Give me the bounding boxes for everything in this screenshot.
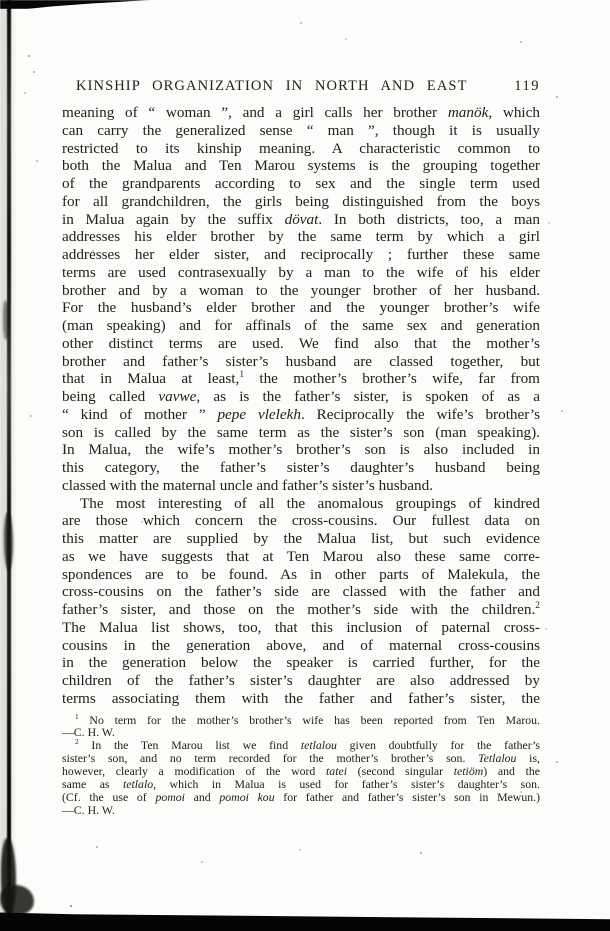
text-line: cross-cousins on the father’s side are c…	[62, 583, 540, 601]
header-title: KINSHIP ORGANIZATION IN NORTH AND EAST	[76, 78, 468, 95]
binding-edge	[7, 0, 11, 919]
text-line: for all grandchildren, the girls being d…	[62, 193, 540, 211]
text-line: of the grandparents according to sex and…	[62, 175, 540, 193]
text-line: The Malua list shows, too, that this inc…	[62, 619, 540, 637]
page-content: KINSHIP ORGANIZATION IN NORTH AND EAST 1…	[62, 78, 540, 817]
scan-speckles	[0, 0, 2, 2]
text-line: in the generation below the speaker is c…	[62, 654, 540, 672]
text-line: In Malua, the wife’s mother’s brother’s …	[62, 441, 540, 459]
text-line: this matter are supplied by the Malua li…	[62, 530, 540, 548]
text-line: addresses her elder sister, and reciproc…	[62, 246, 540, 264]
scan-blotch	[3, 300, 9, 340]
text-line: terms are used contrasexually by a man t…	[62, 264, 540, 282]
scan-top-streak	[0, 0, 150, 9]
body-text: meaning of “ woman ”, and a girl calls h…	[62, 104, 540, 708]
scan-bottom-band	[0, 903, 610, 931]
text-line: being called vavwe, as is the father’s s…	[62, 388, 540, 406]
text-line: addresses his elder brother by the same …	[62, 228, 540, 246]
text-line: as we have suggests that at Ten Marou al…	[62, 548, 540, 566]
text-line: both the Malua and Ten Marou systems is …	[62, 157, 540, 175]
text-line: this category, the father’s sister’s dau…	[62, 459, 540, 477]
footnotes: 1 No term for the mother’s brother’s wif…	[62, 714, 540, 817]
text-line: The most interesting of all the anomalou…	[62, 495, 540, 513]
text-line: are those which concern the cross-cousin…	[62, 512, 540, 530]
running-header: KINSHIP ORGANIZATION IN NORTH AND EAST 1…	[62, 78, 540, 95]
text-line: restricted to its kinship meaning. A cha…	[62, 140, 540, 158]
text-line: children of the father’s sister’s daught…	[62, 672, 540, 690]
scan-blotch	[0, 885, 34, 915]
text-line: other distinct terms are used. We find a…	[62, 335, 540, 353]
text-line: spondences are to be found. As in other …	[62, 566, 540, 584]
text-line: father’s sister, and those on the mother…	[62, 601, 540, 619]
text-line: meaning of “ woman ”, and a girl calls h…	[62, 104, 540, 122]
text-line: “ kind of mother ” pepe vlelekh. Recipro…	[62, 406, 540, 424]
text-line: (Cf. the use of pomoi and pomoi kou for …	[62, 791, 540, 804]
book-page-scan: KINSHIP ORGANIZATION IN NORTH AND EAST 1…	[0, 0, 610, 931]
text-line: can carry the generalized sense “ man ”,…	[62, 122, 540, 140]
text-line: son is called by the same term as the si…	[62, 424, 540, 442]
text-line: brother and father’s sister’s husband ar…	[62, 353, 540, 371]
text-line: —C. H. W.	[62, 804, 540, 817]
text-line: in Malua again by the suffix dövat. In b…	[62, 211, 540, 229]
text-line: 1 No term for the mother’s brother’s wif…	[62, 714, 540, 727]
text-line: that in Malua at least,1 the mother’s br…	[62, 370, 540, 388]
text-line: terms associating them with the father a…	[62, 690, 540, 708]
text-line: cousins in the generation above, and of …	[62, 637, 540, 655]
text-line: brother and by a woman to the younger br…	[62, 282, 540, 300]
page-number: 119	[514, 78, 540, 95]
text-line: (man speaking) and for affinals of the s…	[62, 317, 540, 335]
text-line: For the husband’s elder brother and the …	[62, 299, 540, 317]
text-line: classed with the maternal uncle and fath…	[62, 477, 540, 495]
